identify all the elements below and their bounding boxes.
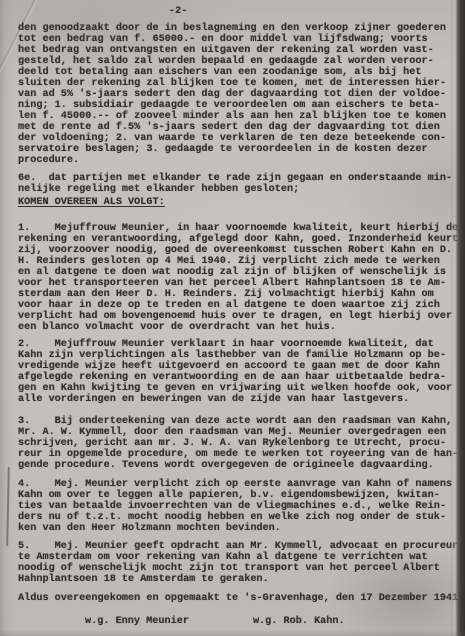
intro-paragraph: den genoodzaakt door de in beslagneming …	[18, 23, 465, 166]
signature-line: w.g. Enny Meunierw.g. Rob. Kahn.	[18, 616, 465, 627]
signature-rob-kahn: w.g. Rob. Kahn.	[253, 616, 345, 627]
article-5: 5. Mej. Meunier geeft opdracht aan Mr. K…	[18, 541, 465, 585]
signature-enny-meunier: w.g. Enny Meunier	[85, 616, 189, 627]
article-1: 1. Mejuffrouw Meunier, in haar voornoemd…	[18, 223, 465, 333]
article-4: 4. Mej. Meunier verplicht zich op eerste…	[18, 479, 465, 534]
document-page: -2- den genoodzaakt door de in beslagnem…	[0, 0, 465, 636]
closing-line: Aldus overeengekomen en opgemaakt te 's-…	[18, 593, 465, 604]
article-2: 2. Mejuffrouw Meunier verklaart in haar …	[18, 339, 465, 405]
clause-6e: 6e. dat partijen met elkander te rade zi…	[18, 173, 465, 195]
section-heading: KOMEN OVEREEN ALS VOLGT:	[18, 197, 465, 208]
page-number: -2-	[169, 6, 187, 17]
article-3: 3. Bij onderteekening van deze acte word…	[18, 416, 465, 471]
